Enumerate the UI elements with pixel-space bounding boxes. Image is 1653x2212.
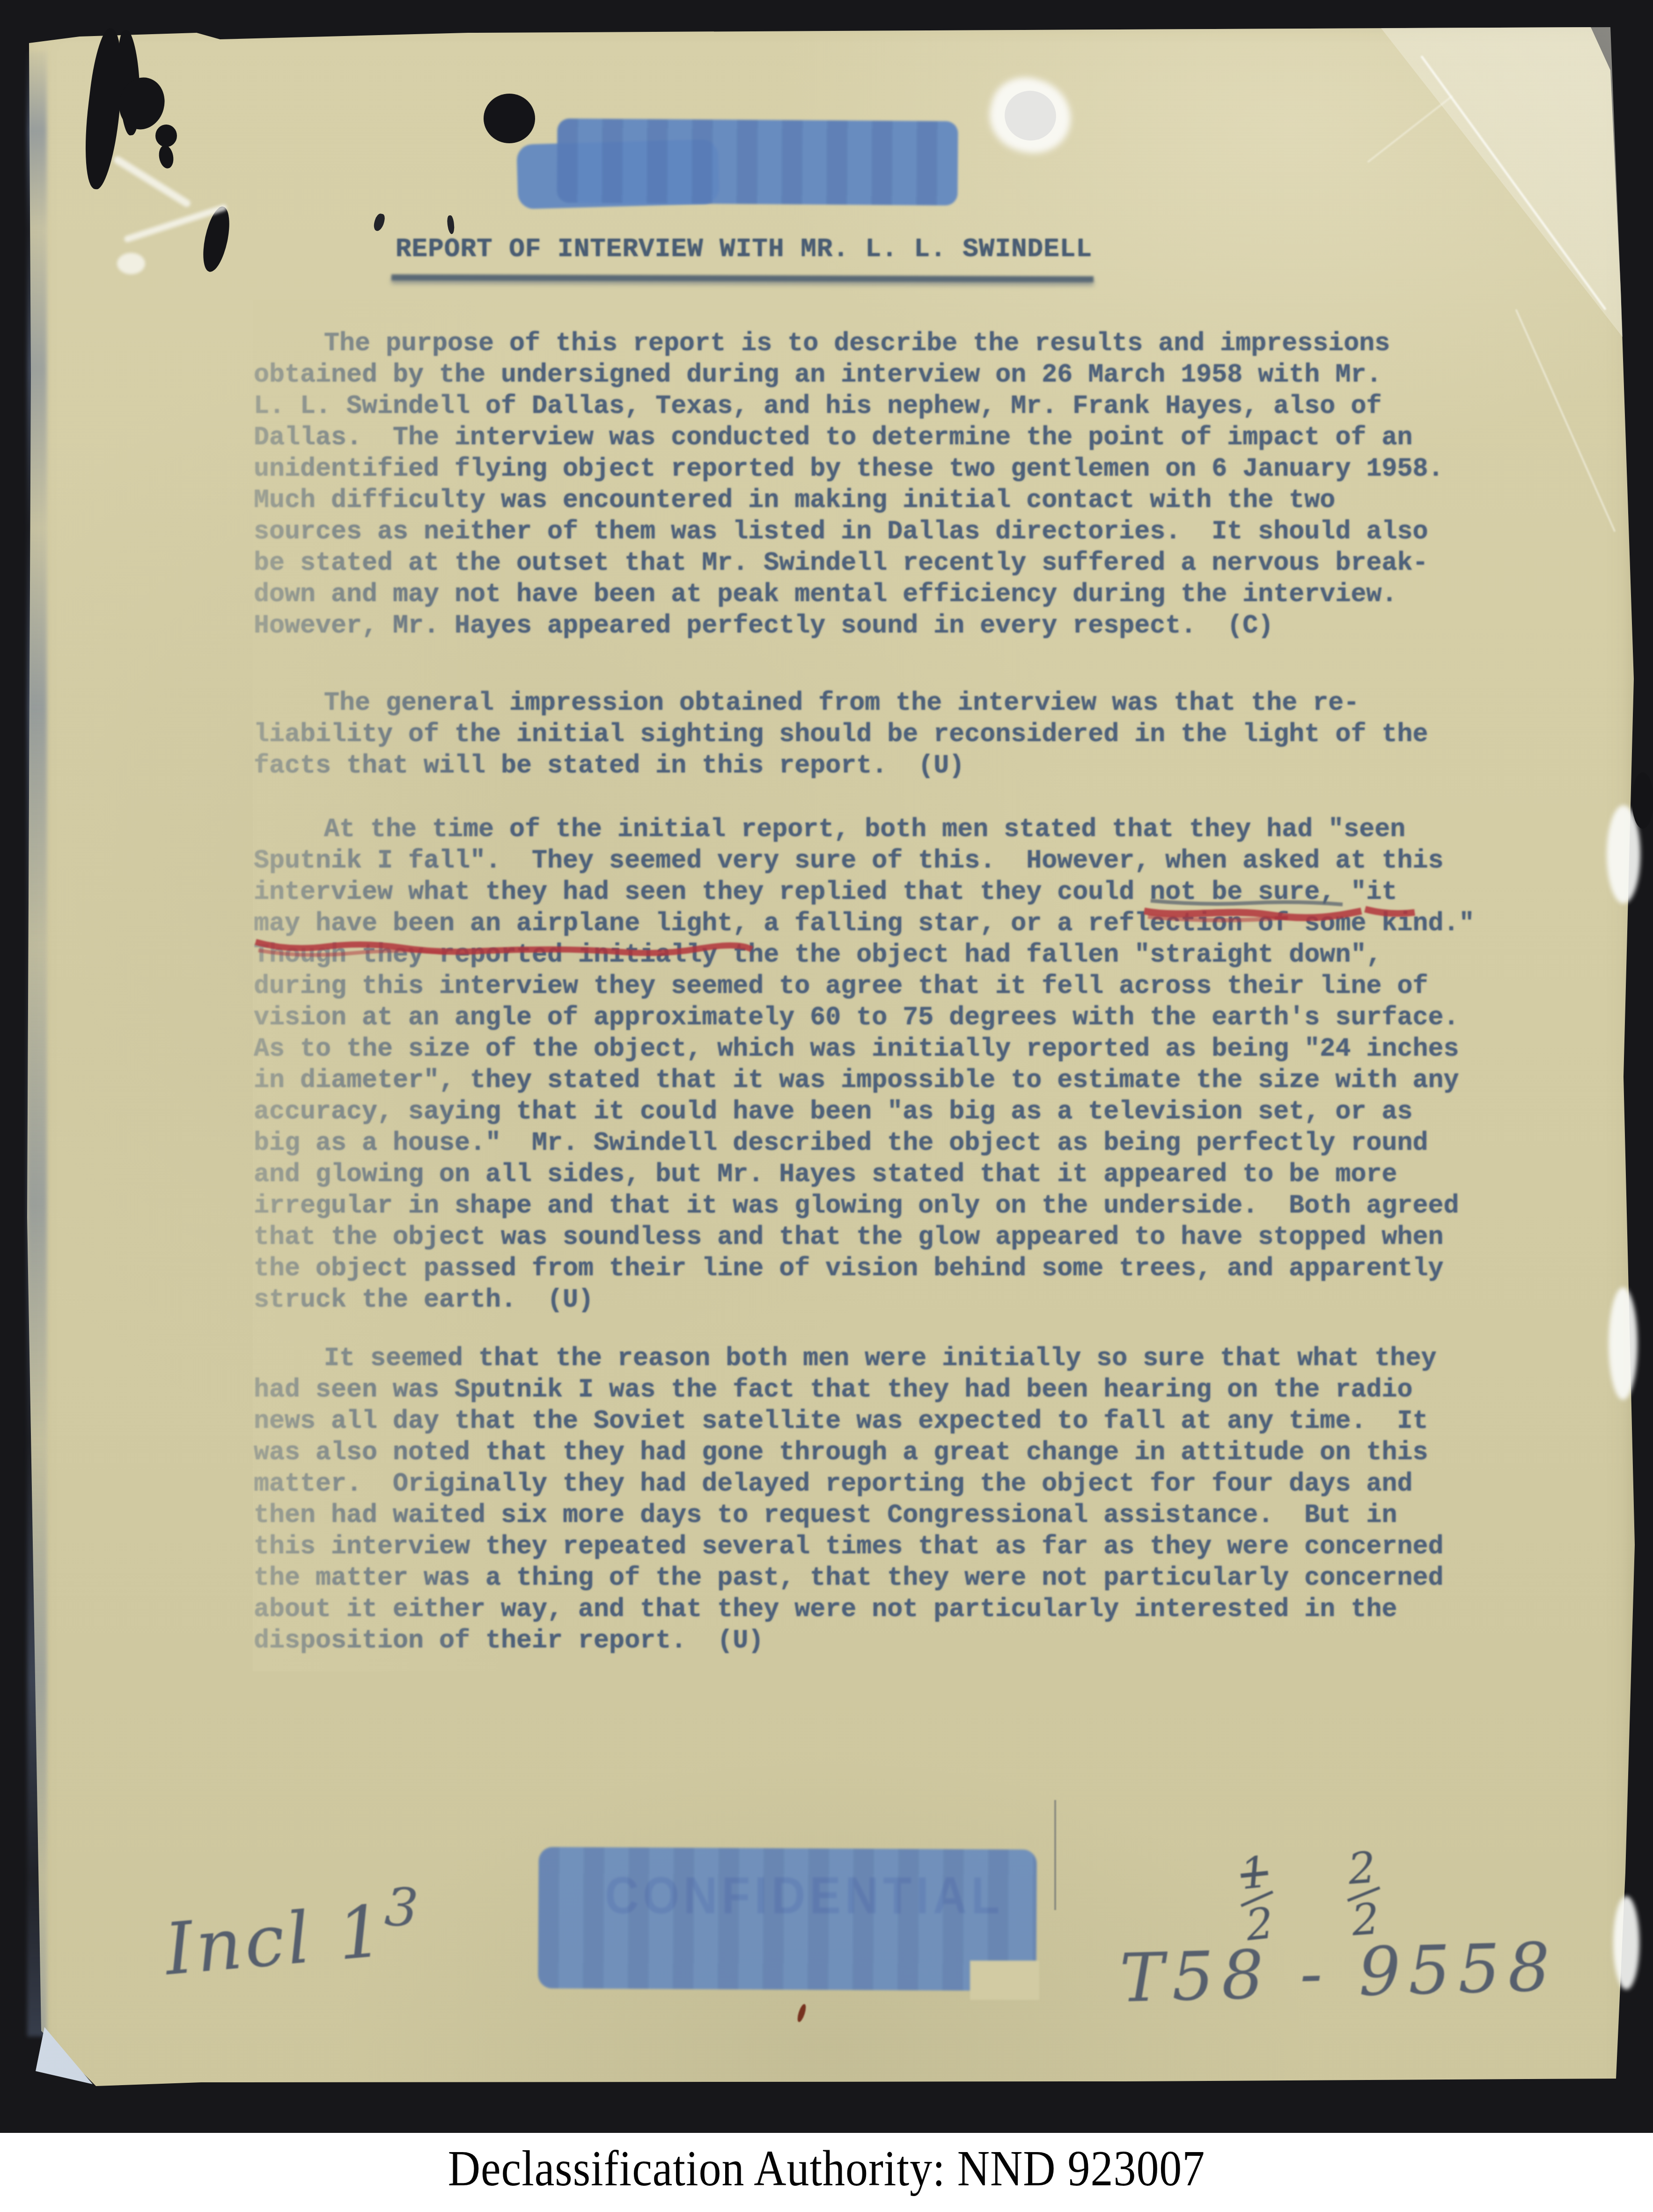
scanned-document: CONFIDENTIAL REPORT OF INTERVIEW WITH MR… (0, 0, 1653, 2212)
fraction-numerator: 2 (1347, 1846, 1377, 1891)
declassification-bar: Declassification Authority: NND 923007 (0, 2133, 1653, 2212)
case-number: T58 - 9558 (1119, 1929, 1558, 2017)
thin-crease (1054, 1800, 1056, 1910)
page-fraction-right: 2 2 (1343, 1846, 1384, 1943)
red-underline-annotation (0, 0, 1653, 2212)
fraction-numerator: 1 (1238, 1850, 1270, 1896)
declassification-text: Declassification Authority: NND 923007 (448, 2139, 1205, 2197)
enclosure-number: 3 (383, 1876, 420, 1939)
